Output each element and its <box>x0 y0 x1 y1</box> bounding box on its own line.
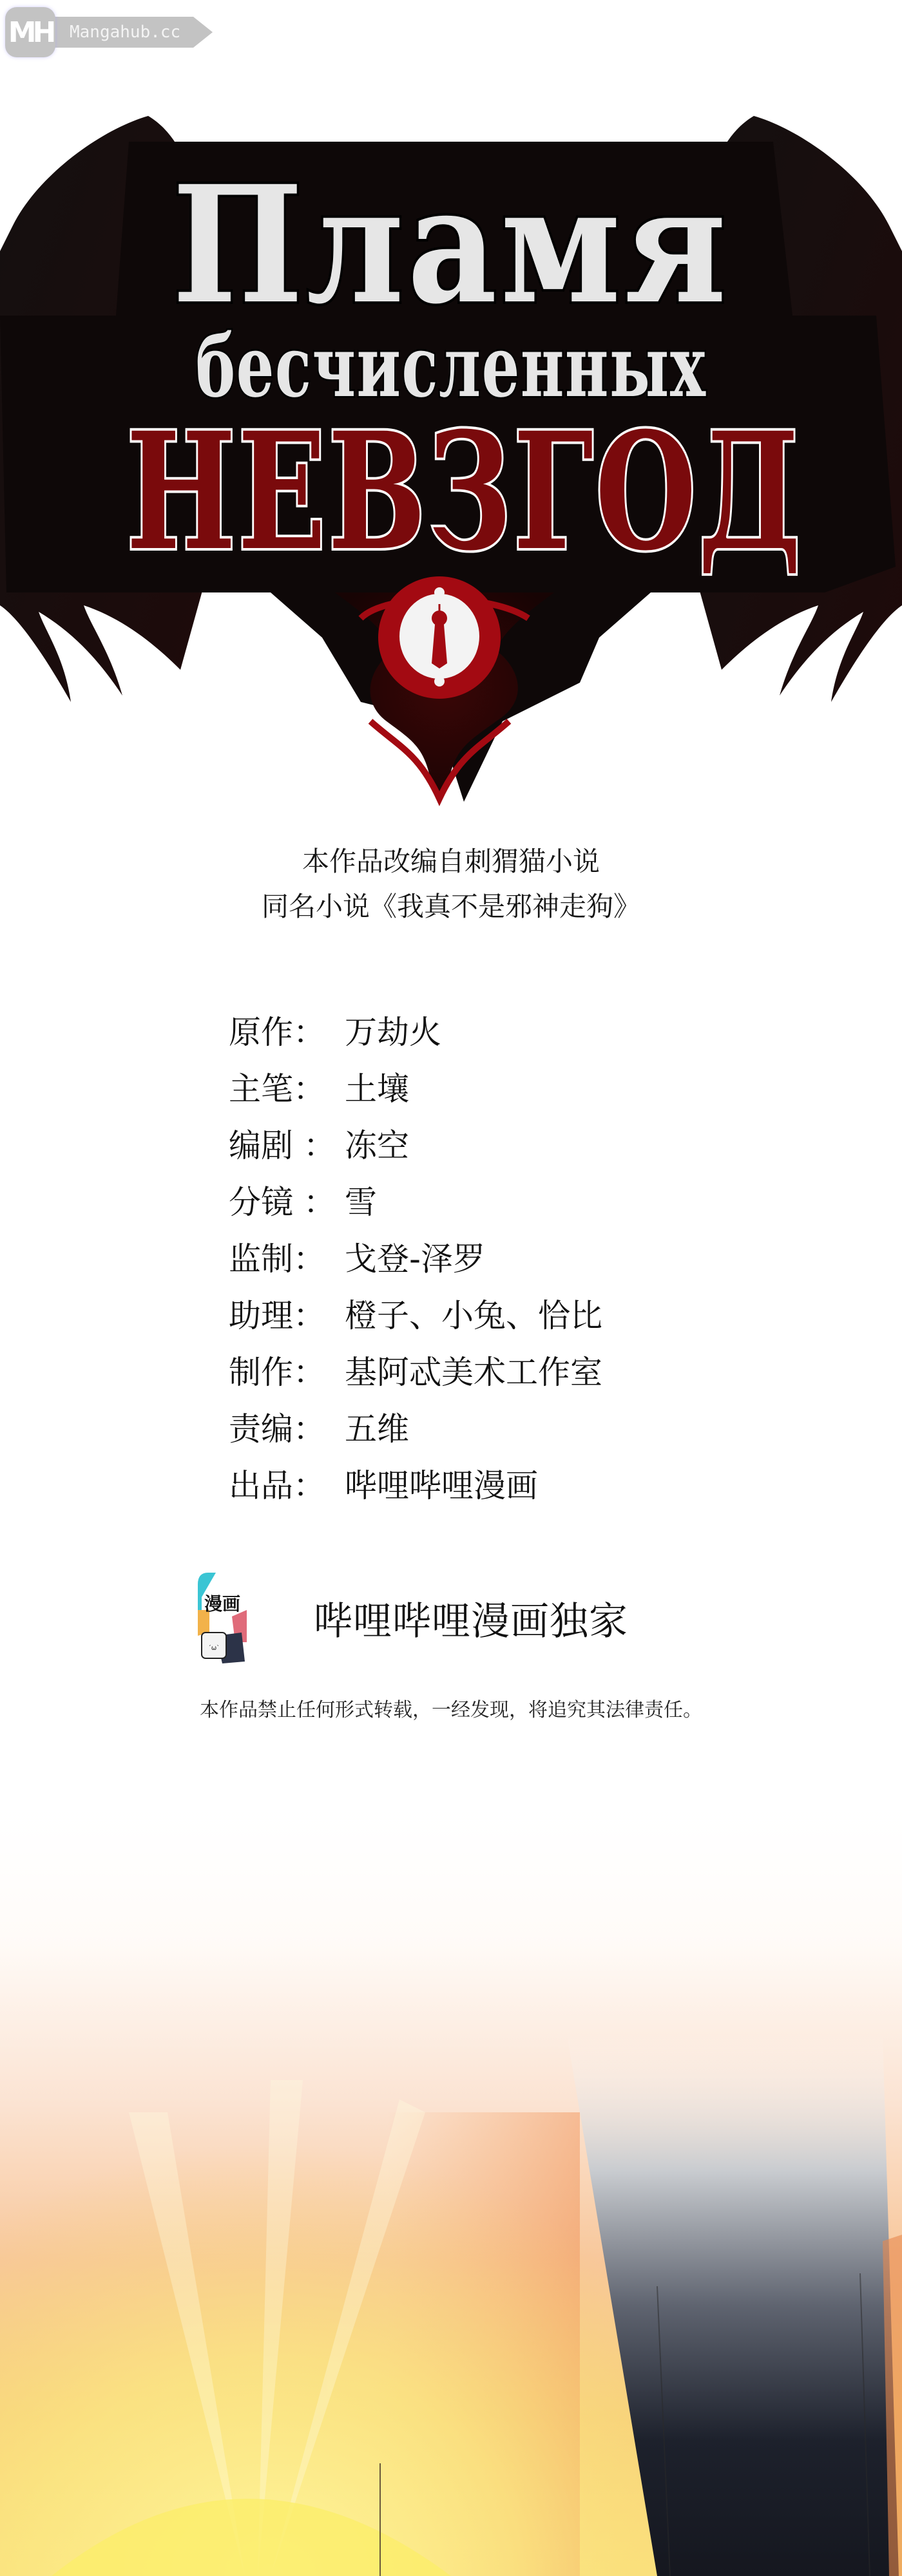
panel-artwork <box>0 1790 902 2576</box>
credit-production: 制作： 基阿忒美术工作室 <box>229 1341 602 1398</box>
svg-text:ˊωˋ: ˊωˋ <box>208 1644 220 1652</box>
adaptation-note-line-2: 同名小说《我真不是邪神走狗》 <box>0 890 902 923</box>
credit-label: 原作： <box>229 1007 345 1053</box>
credits-list: 原作： 万劫火 主笔： 土壤 编剧 ： 冻空 分镜 ： 雪 监制： 戈登-泽罗 … <box>229 1001 602 1511</box>
credit-label: 责编： <box>229 1403 345 1450</box>
credit-value: 橙子、小兔、恰比 <box>345 1290 602 1336</box>
adaptation-note-line-1: 本作品改编自刺猬猫小说 <box>0 845 902 878</box>
credit-value: 土壤 <box>345 1063 409 1110</box>
credit-value: 雪 <box>345 1177 377 1223</box>
copyright-notice: 本作品禁止任何形式转载，一经发现，将追究其法律责任。 <box>0 1694 902 1722</box>
credit-supervisor: 监制： 戈登-泽罗 <box>229 1228 602 1285</box>
credit-label: 制作： <box>229 1347 345 1393</box>
credit-label: 主笔： <box>229 1063 345 1110</box>
credit-publisher: 出品： 哔哩哔哩漫画 <box>229 1455 602 1511</box>
site-label: Mangahub.cc <box>52 17 213 48</box>
credit-value: 冻空 <box>345 1120 409 1166</box>
bilibili-exclusive: 漫画 ˊωˋ 哔哩哔哩漫画独家 <box>197 1571 628 1665</box>
site-label-text: Mangahub.cc <box>70 23 180 42</box>
credit-original-author: 原作： 万劫火 <box>229 1001 602 1058</box>
credit-label: 监制： <box>229 1233 345 1280</box>
credit-label: 助理： <box>229 1290 345 1336</box>
credit-value: 基阿忒美术工作室 <box>345 1347 602 1393</box>
credit-screenwriter: 编剧 ： 冻空 <box>229 1115 602 1171</box>
credit-value: 万劫火 <box>345 1007 441 1053</box>
credit-editor: 责编： 五维 <box>229 1398 602 1455</box>
credit-storyboard: 分镜 ： 雪 <box>229 1171 602 1228</box>
credit-label: 编剧 ： <box>229 1120 345 1166</box>
credit-assistants: 助理： 橙子、小兔、恰比 <box>229 1285 602 1341</box>
credit-label: 出品： <box>229 1460 345 1506</box>
title-logo: Пламя бесчисленных НЕВЗГОД <box>0 103 902 811</box>
credit-lead-artist: 主笔： 土壤 <box>229 1058 602 1115</box>
fiery-sky-illustration-icon <box>0 1790 902 2576</box>
title-line-1: Пламя <box>63 164 839 325</box>
title-line-3: НЕВЗГОД <box>126 411 776 572</box>
bilibili-comics-app-icon: 漫画 ˊωˋ <box>197 1571 248 1665</box>
credit-value: 戈登-泽罗 <box>345 1233 485 1280</box>
credit-label: 分镜 ： <box>229 1177 345 1223</box>
credit-value: 五维 <box>345 1403 409 1450</box>
exclusive-text: 哔哩哔哩漫画独家 <box>314 1591 628 1646</box>
site-watermark[interactable]: MH Mangahub.cc <box>5 5 213 59</box>
mangahub-logo-icon: MH <box>5 7 55 57</box>
svg-text:漫画: 漫画 <box>204 1593 240 1615</box>
credit-value: 哔哩哔哩漫画 <box>345 1460 538 1506</box>
